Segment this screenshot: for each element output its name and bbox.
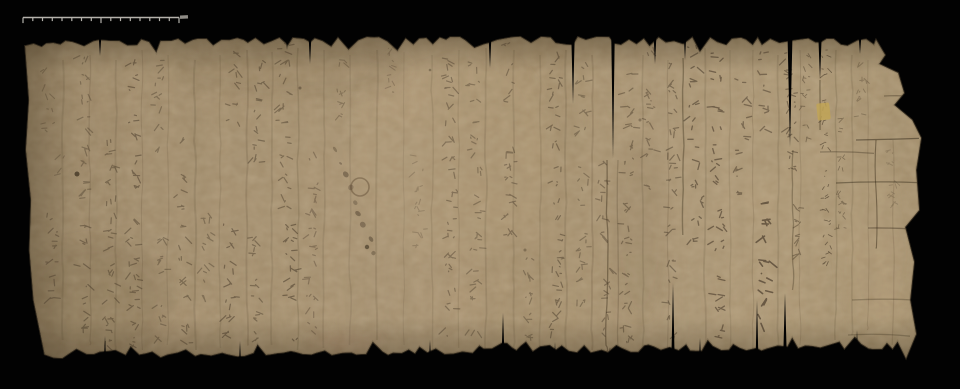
manuscript-photo [0, 0, 960, 389]
manuscript-paper [0, 0, 960, 389]
ruler-end-tab [180, 15, 188, 19]
manuscript-photo-stage [0, 0, 960, 389]
